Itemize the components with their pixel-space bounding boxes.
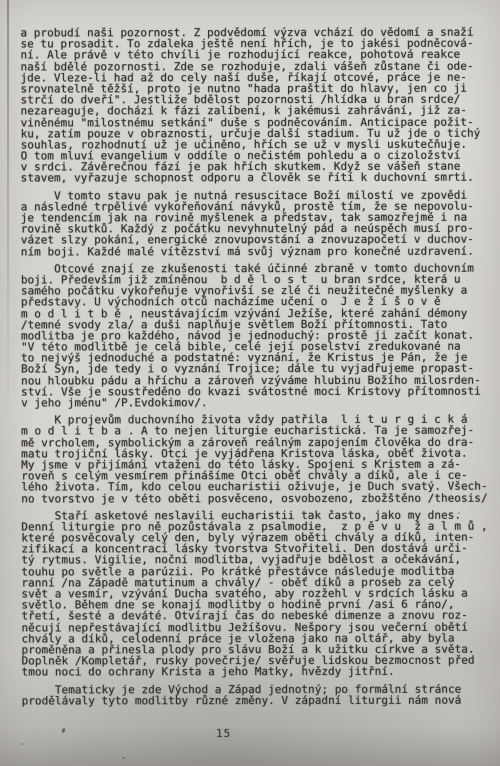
page-number: 15 <box>216 727 231 740</box>
paragraph: K projevům duchovního života vždy patřil… <box>21 414 493 504</box>
text-line: prodělávaly tyto modlitby různé změny. V… <box>22 694 494 706</box>
text-line: no tvorstvo je v této oběti posvěceno, o… <box>21 492 493 504</box>
scan-crease-left <box>7 0 9 430</box>
paragraph: a probudí naši pozornost. Z podvědomí vý… <box>20 27 492 184</box>
scanned-document-page: a probudí naši pozornost. Z podvědomí vý… <box>0 0 500 766</box>
paper-speck <box>122 757 125 759</box>
text-line: stavem, vyřazuje schopnost odporu a člov… <box>21 172 493 184</box>
paragraph: Staří asketové neslavili eucharistii tak… <box>21 509 493 678</box>
text-line: ním boji. Každé malé vítězství má svůj v… <box>21 245 493 257</box>
typewritten-text-block: a probudí naši pozornost. Z podvědomí vý… <box>20 27 493 707</box>
paragraph: V tomto stavu pak je nutná resuscitace B… <box>21 189 493 257</box>
text-line: v jeho jménu" /P.Evdokimov/. <box>21 397 493 409</box>
paper-speck <box>61 728 66 734</box>
paragraph: Otcové znají ze zkušenosti také účinné z… <box>21 262 493 408</box>
paper-speck <box>458 512 460 514</box>
text-line: tmou noci do ochrany Krista a jeho Matky… <box>22 666 494 678</box>
paragraph: Tematicky je zde Východ a Západ jednotný… <box>22 683 494 706</box>
paper-speck <box>21 743 23 745</box>
